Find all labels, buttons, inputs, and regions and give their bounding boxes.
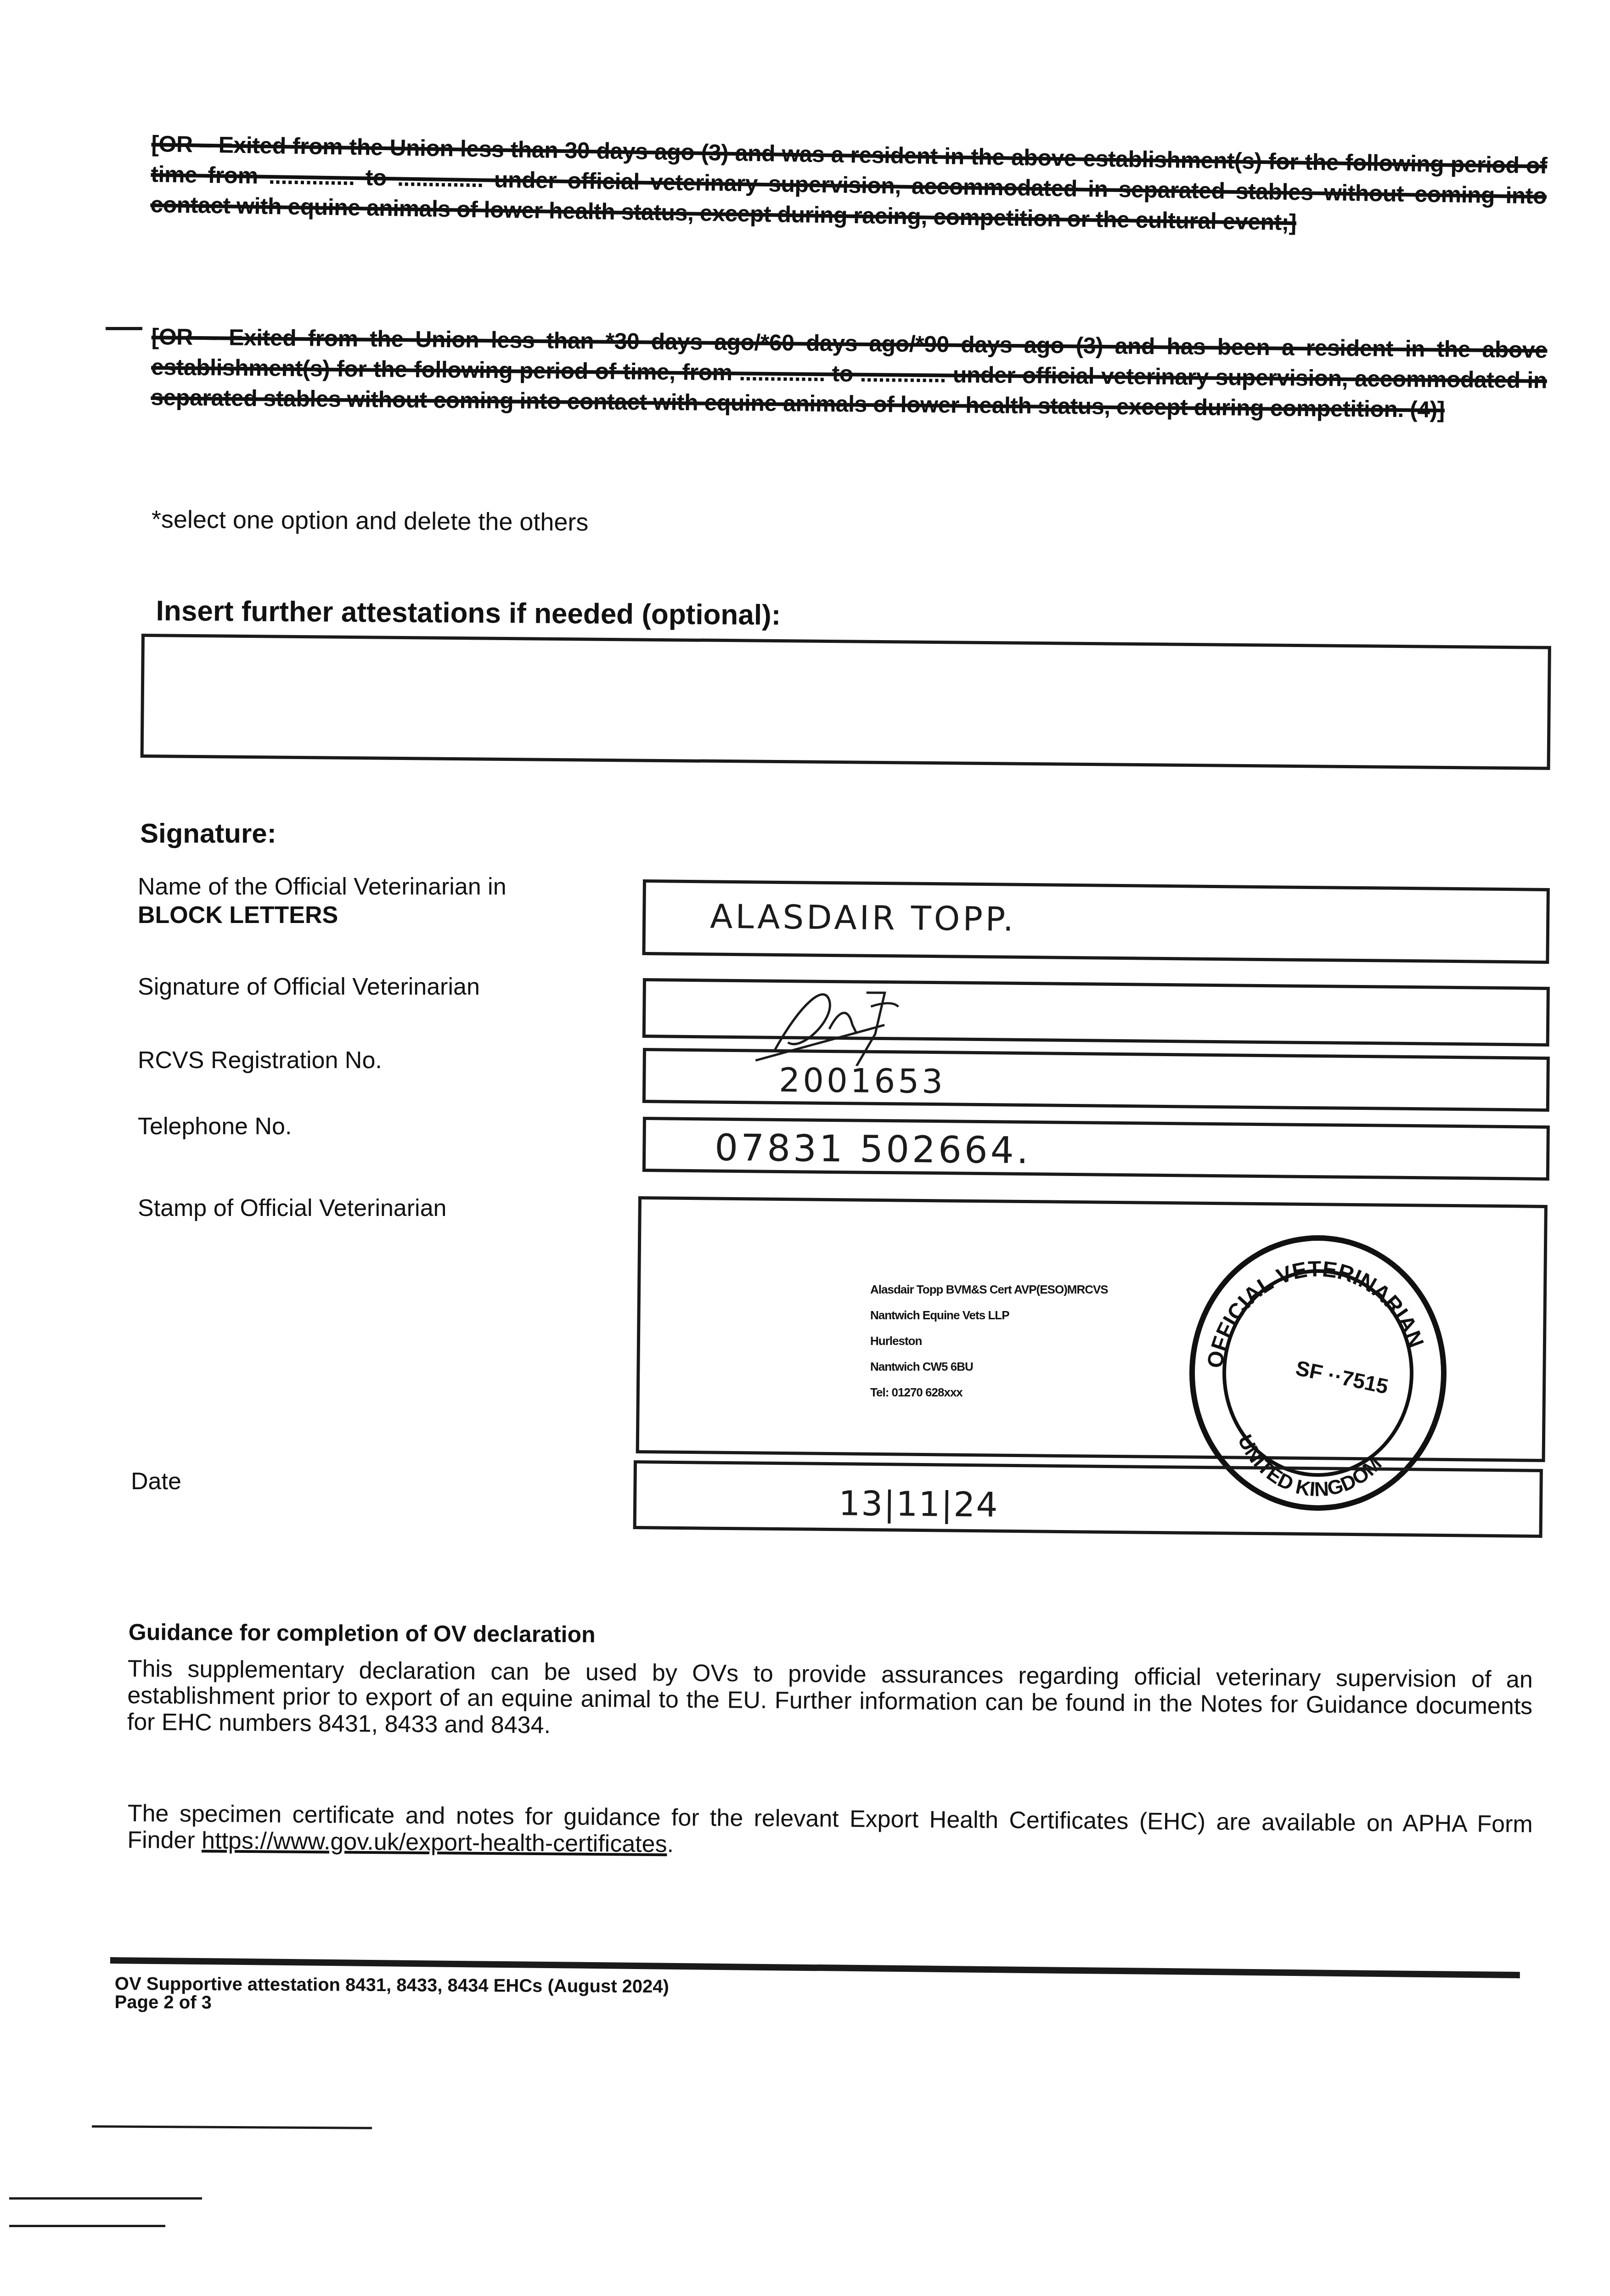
telephone-value: 07831 502664. [715,1126,1031,1172]
stamp-address-line: Hurleston [870,1328,922,1354]
date-field[interactable]: 13|11|24 [633,1460,1543,1538]
rcvs-registration-value: 2001653 [779,1061,946,1101]
svg-text:OFFICIAL VETERINARIAN: OFFICIAL VETERINARIAN [1203,1257,1428,1370]
rcvs-registration-field[interactable]: 2001653 [642,1048,1550,1112]
date-value: 13|11|24 [839,1484,999,1525]
further-attestations-box[interactable] [141,634,1551,770]
margin-dash [106,327,142,330]
ov-signature-label: Signature of Official Veterinarian [138,973,480,1001]
option-a-struck-text: [OR – Exited from the Union less than 30… [150,129,1548,242]
option-b-struck-text: [OR – Exited from the Union less than *3… [151,321,1548,426]
stamp-address-line: Alasdair Topp BVM&S Cert AVP(ESO)MRCVS [870,1277,1108,1302]
ov-signature-field[interactable] [642,978,1550,1047]
select-option-note: *select one option and delete the others [152,505,589,537]
stamp-address-line: Nantwich CW5 6BU [870,1354,973,1379]
stamp-label: Stamp of Official Veterinarian [138,1194,447,1222]
scan-line [9,2225,165,2227]
ov-name-value: ALASDAIR TOPP. [710,897,1016,938]
telephone-label: Telephone No. [138,1112,292,1141]
scan-line [92,2125,372,2129]
signature-heading: Signature: [140,817,276,849]
ov-name-field[interactable]: ALASDAIR TOPP. [642,879,1549,964]
guidance-heading: Guidance for completion of OV declaratio… [129,1619,596,1648]
rcvs-registration-label: RCVS Registration No. [138,1046,382,1075]
footer: OV Supportive attestation 8431, 8433, 84… [115,1975,670,2014]
export-health-certificates-link[interactable]: https://www.gov.uk/export-health-certifi… [202,1827,667,1857]
further-attestations-heading: Insert further attestations if needed (o… [156,595,781,631]
guidance-paragraph-1: This supplementary declaration can be us… [127,1655,1533,1746]
guidance-paragraph-2: The specimen certificate and notes for g… [127,1800,1533,1864]
document-page: [OR – Exited from the Union less than 30… [0,0,1610,2296]
scan-line [9,2197,202,2200]
stamp-address-line: Nantwich Equine Vets LLP [870,1302,1009,1328]
stamp-address-line: Tel: 01270 628xxx [870,1379,963,1405]
ov-name-label: Name of the Official Veterinarian in BLO… [138,872,507,929]
telephone-field[interactable]: 07831 502664. [642,1117,1550,1181]
date-label: Date [131,1467,181,1496]
